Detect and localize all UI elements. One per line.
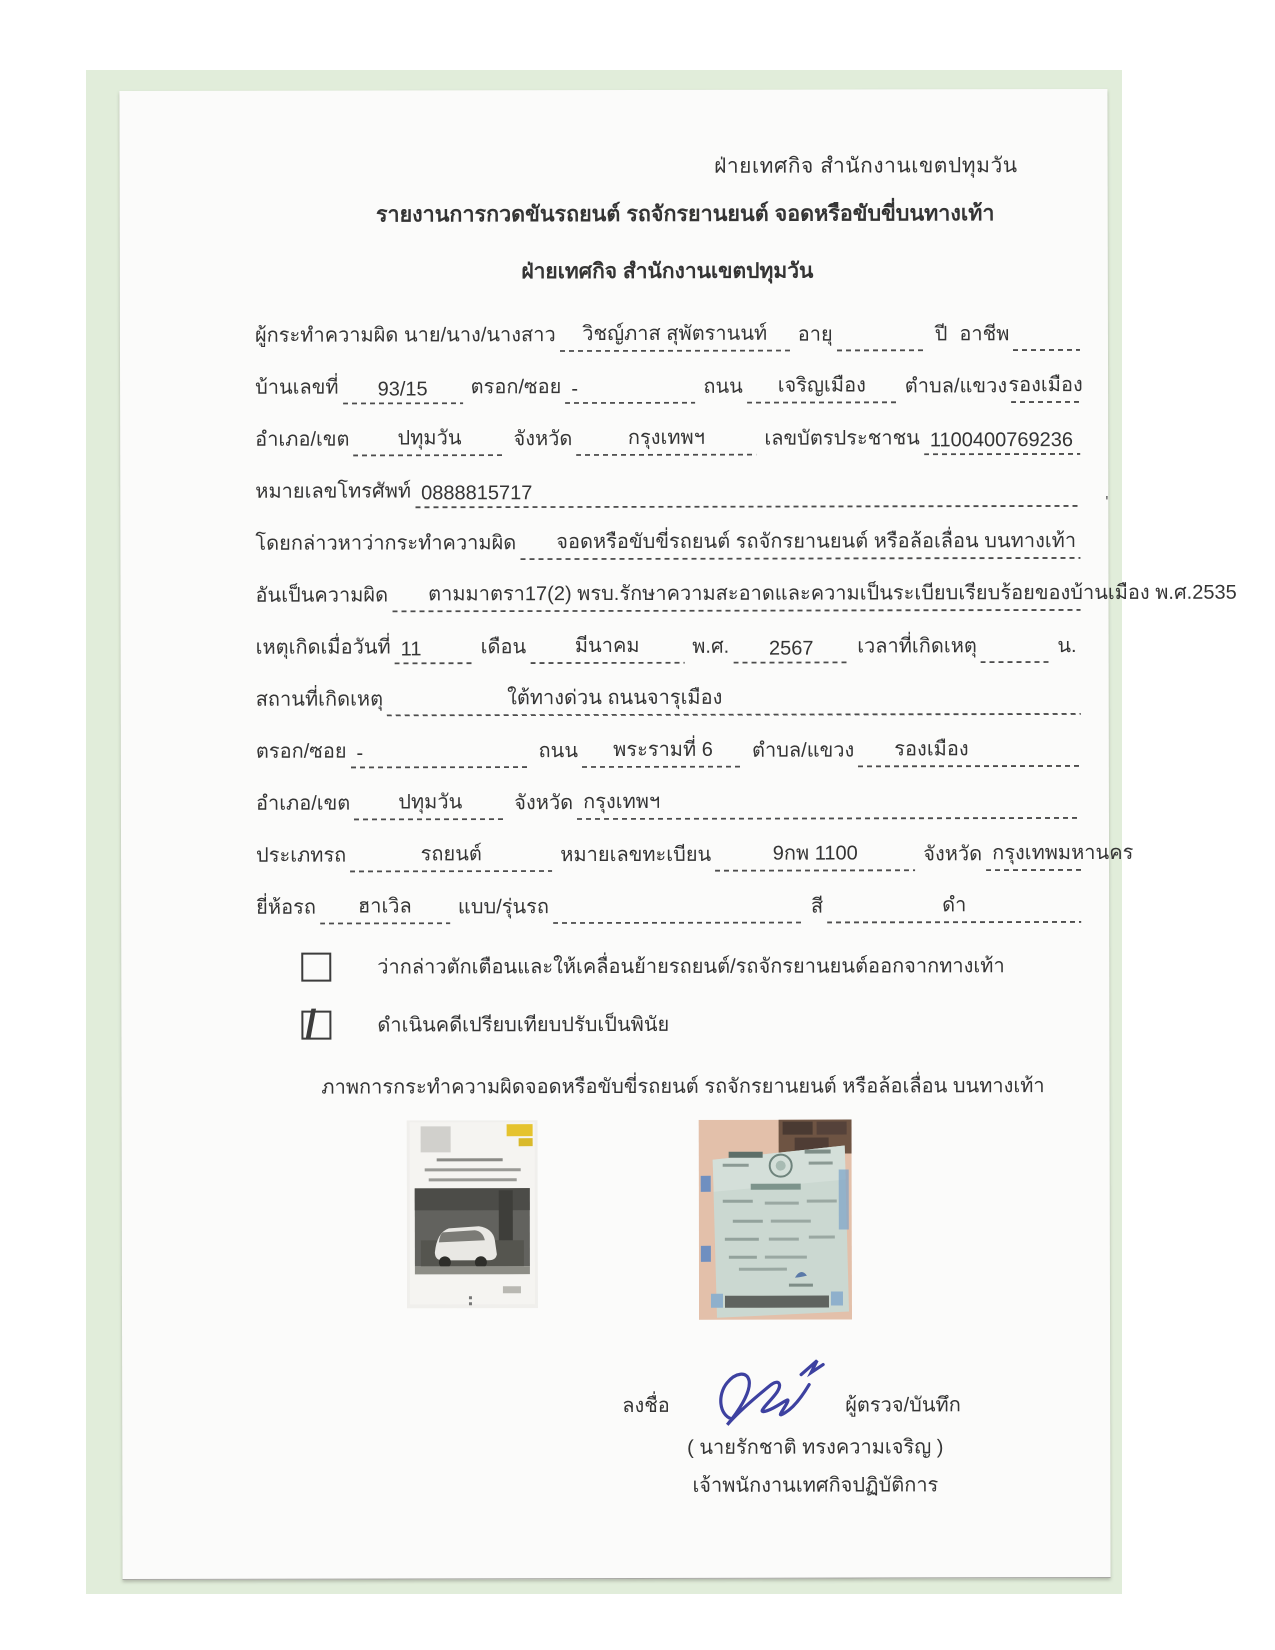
form-content: ฝ่ายเทศกิจ สำนักงานเขตปทุมวัน รายงานการก… bbox=[255, 149, 1083, 1508]
plate-field: 9กพ 1100 bbox=[715, 836, 915, 871]
scene-soi-label: ตรอก/ซอย bbox=[256, 735, 351, 769]
scene-subdistrict-field: รองเมือง bbox=[858, 732, 1081, 767]
house-no-field: 93/15 bbox=[343, 378, 463, 404]
checkbox-fine: / bbox=[301, 1010, 331, 1039]
row-district: อำเภอ/เขต ปทุมวัน จังหวัด กรุงเทพฯ เลขบั… bbox=[255, 421, 1080, 457]
vehicle-province-field: กรุงเทพมหานคร bbox=[986, 836, 1081, 871]
evidence-photos bbox=[257, 1119, 1082, 1336]
scene-road-label: ถนน bbox=[531, 734, 583, 768]
page-subtitle: ฝ่ายเทศกิจ สำนักงานเขตปทุมวัน bbox=[255, 254, 1080, 289]
age-field bbox=[837, 348, 927, 351]
era-year-field: 2567 bbox=[733, 638, 849, 664]
road-label: ถนน bbox=[695, 370, 747, 404]
offender-label: ผู้กระทำความผิด นาย/นาง/นางสาว bbox=[255, 318, 560, 353]
checkbox-row-warning: ว่ากล่าวตักเตือนและให้เคลื่อนย้ายรถยนต์/… bbox=[301, 949, 1081, 983]
province-label: จังหวัด bbox=[505, 422, 576, 456]
model-label: แบบ/รุ่นรถ bbox=[450, 890, 553, 924]
stray-pen-mark: ' bbox=[1105, 494, 1108, 512]
checkbox-fine-mark: / bbox=[305, 1007, 316, 1041]
soi-label: ตรอก/ซอย bbox=[463, 370, 566, 404]
soi-field: - bbox=[565, 378, 695, 404]
ticket-photo-graphic bbox=[699, 1120, 852, 1320]
inspector-role-label: ผู้ตรวจ/บันทึก bbox=[845, 1388, 961, 1420]
row-offense: อันเป็นความผิด ตามมาตรา17(2) พรบ.รักษาคว… bbox=[255, 577, 1080, 613]
row-scene-soi: ตรอก/ซอย - ถนน พระรามที่ 6 ตำบล/แขวง รอง… bbox=[256, 733, 1081, 769]
accusation-label: โดยกล่าวหาว่ากระทำความผิด bbox=[255, 526, 520, 561]
signature-block: ลงชื่อ ผู้ตรวจ/บันทึก ( นายรักชาติ ทรงคว… bbox=[257, 1356, 1082, 1508]
car-photo-graphic bbox=[407, 1120, 538, 1308]
checkbox-fine-label: ดำเนินคดีเปรียบเทียบปรับเป็นพินัย bbox=[377, 1008, 669, 1041]
checkbox-warning-label: ว่ากล่าวตักเตือนและให้เคลื่อนย้ายรถยนต์/… bbox=[377, 949, 1004, 982]
offense-field: ตามมาตรา17(2) พรบ.รักษาความสะอาดและความเ… bbox=[392, 576, 1080, 612]
incident-time-field bbox=[981, 660, 1050, 663]
scene-subdistrict-label: ตำบล/แขวง bbox=[744, 733, 858, 767]
row-accusation: โดยกล่าวหาว่ากระทำความผิด จอดหรือขับขี่ร… bbox=[255, 525, 1080, 561]
citizen-id-label: เลขบัตรประชาชน bbox=[756, 421, 923, 455]
age-label: อายุ bbox=[790, 318, 837, 352]
header-office-line: ฝ่ายเทศกิจ สำนักงานเขตปทุมวัน bbox=[255, 149, 1080, 184]
phone-field: 0888815717 bbox=[415, 481, 1080, 508]
checkbox-warning bbox=[301, 952, 331, 981]
document-page: ' ฝ่ายเทศกิจ สำนักงานเขตปทุมวัน รายงานกา… bbox=[119, 89, 1110, 1580]
scene-label: สถานที่เกิดเหตุ bbox=[256, 682, 387, 716]
district-label: อำเภอ/เขต bbox=[255, 423, 353, 457]
scene-province-field: กรุงเทพฯ bbox=[577, 784, 1081, 820]
scene-province-label: จังหวัด bbox=[506, 786, 577, 820]
row-brand: ยี่ห้อรถ ฮาเวิล แบบ/รุ่นรถ สี ดำ bbox=[256, 889, 1081, 925]
house-no-label: บ้านเลขที่ bbox=[255, 371, 343, 405]
road-field: เจริญเมือง bbox=[747, 368, 897, 403]
vehicle-province-label: จังหวัด bbox=[915, 837, 986, 871]
incident-date-label: เหตุเกิดเมื่อวันที่ bbox=[256, 630, 395, 664]
row-vehicle: ประเภทรถ รถยนต์ หมายเลขทะเบียน 9กพ 1100 … bbox=[256, 837, 1081, 873]
color-field: ดำ bbox=[827, 888, 1081, 924]
month-label: เดือน bbox=[473, 630, 531, 664]
incident-time-label: เวลาที่เกิดเหตุ bbox=[849, 629, 981, 663]
inspector-signature bbox=[697, 1349, 837, 1435]
color-label: สี bbox=[803, 890, 827, 924]
evidence-photo-citation-ticket bbox=[699, 1120, 852, 1320]
citizen-id-field: 1100400769236 bbox=[924, 429, 1080, 455]
inspector-title: เจ้าพนักงานเทศกิจปฏิบัติการ bbox=[645, 1468, 985, 1501]
row-incident-date: เหตุเกิดเมื่อวันที่ 11 เดือน มีนาคม พ.ศ.… bbox=[256, 629, 1081, 665]
subdistrict-field: รองเมือง bbox=[1011, 368, 1080, 403]
page-title: รายงานการกวดขันรถยนต์ รถจักรยานยนต์ จอดห… bbox=[255, 196, 1080, 232]
brand-label: ยี่ห้อรถ bbox=[256, 891, 320, 925]
plate-label: หมายเลขทะเบียน bbox=[552, 838, 715, 872]
era-label: พ.ศ. bbox=[684, 630, 733, 664]
row-scene: สถานที่เกิดเหตุ ใต้ทางด่วน ถนนจารุเมือง bbox=[256, 681, 1081, 717]
district-field: ปทุมวัน bbox=[353, 421, 505, 456]
vehicle-type-field: รถยนต์ bbox=[350, 837, 552, 872]
row-offender: ผู้กระทำความผิด นาย/นาง/นางสาว วิชญ์ภาส … bbox=[255, 317, 1080, 353]
evidence-caption: ภาพการกระทำความผิดจอดหรือขับขี่รถยนต์ รถ… bbox=[256, 1069, 1081, 1103]
phone-label: หมายเลขโทรศัพท์ bbox=[255, 474, 415, 508]
scene-district-field: ปทุมวัน bbox=[354, 785, 506, 820]
incident-date-field: 11 bbox=[395, 638, 473, 664]
scene-soi-field: - bbox=[351, 742, 531, 768]
offense-label: อันเป็นความผิด bbox=[255, 578, 392, 612]
inspector-name: ( นายรักชาติ ทรงความเจริญ ) bbox=[645, 1430, 985, 1463]
sign-here-label: ลงชื่อ bbox=[622, 1389, 670, 1421]
scanned-document-view: ' ฝ่ายเทศกิจ สำนักงานเขตปทุมวัน รายงานกา… bbox=[0, 0, 1275, 1650]
occupation-label: อาชีพ bbox=[951, 317, 1013, 351]
scene-road-field: พระรามที่ 6 bbox=[582, 733, 744, 768]
checkbox-row-fine: / ดำเนินคดีเปรียบเทียบปรับเป็นพินัย bbox=[301, 1007, 1081, 1041]
row-scene-district: อำเภอ/เขต ปทุมวัน จังหวัด กรุงเทพฯ bbox=[256, 785, 1081, 821]
province-field: กรุงเทพฯ bbox=[576, 421, 756, 456]
scene-field: ใต้ทางด่วน ถนนจารุเมือง bbox=[387, 680, 1081, 716]
evidence-photo-car-on-sidewalk bbox=[407, 1120, 538, 1308]
vehicle-type-label: ประเภทรถ bbox=[256, 839, 350, 873]
offender-name-field: วิชญ์ภาส สุพัตรานนท์ bbox=[560, 317, 790, 352]
subdistrict-label: ตำบล/แขวง bbox=[897, 369, 1011, 403]
time-unit-label: น. bbox=[1049, 629, 1080, 663]
year-unit-label: ปี bbox=[927, 317, 952, 351]
model-field bbox=[553, 921, 803, 925]
month-field: มีนาคม bbox=[530, 629, 684, 664]
accusation-field: จอดหรือขับขี่รถยนต์ รถจักรยานยนต์ หรือล้… bbox=[520, 524, 1080, 560]
occupation-field bbox=[1013, 348, 1080, 351]
row-phone: หมายเลขโทรศัพท์ 0888815717 bbox=[255, 473, 1080, 509]
brand-field: ฮาเวิล bbox=[320, 889, 450, 924]
scene-district-label: อำเภอ/เขต bbox=[256, 787, 354, 821]
row-address: บ้านเลขที่ 93/15 ตรอก/ซอย - ถนน เจริญเมื… bbox=[255, 369, 1080, 405]
